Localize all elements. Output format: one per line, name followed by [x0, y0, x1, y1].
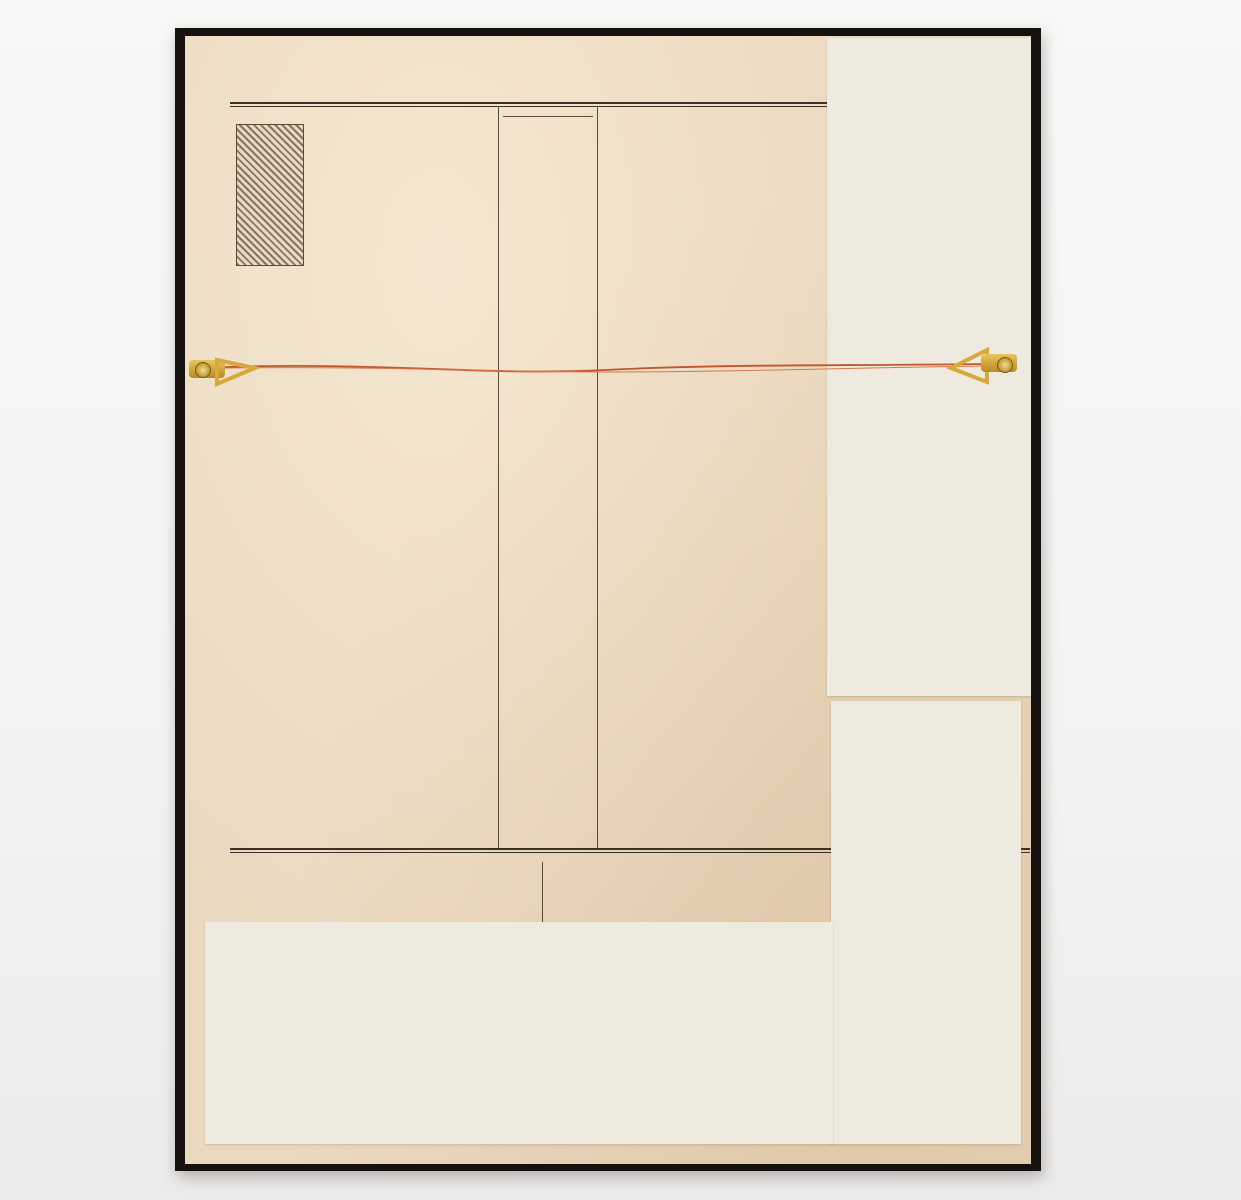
left-verse-column: [230, 114, 498, 266]
ornamental-drop-cap: [236, 124, 304, 266]
sawtooth-hanger-right: [947, 346, 1023, 386]
hanging-wire: [185, 336, 1031, 396]
d-ring-icon: [215, 354, 259, 388]
sawtooth-hanger-left: [189, 354, 259, 388]
anno-domini: [503, 112, 593, 117]
collage-backing: [185, 36, 1031, 1164]
picture-frame: [175, 28, 1041, 1171]
dictionary-clipping-bottom: [205, 922, 833, 1144]
margin-references: [503, 112, 593, 123]
column-divider: [597, 106, 598, 848]
column-divider: [498, 106, 499, 848]
screw-icon: [997, 357, 1013, 373]
rotated-dictionary-text: [215, 934, 217, 1134]
screw-icon: [195, 362, 211, 378]
dictionary-clipping-right: [831, 701, 1021, 1144]
